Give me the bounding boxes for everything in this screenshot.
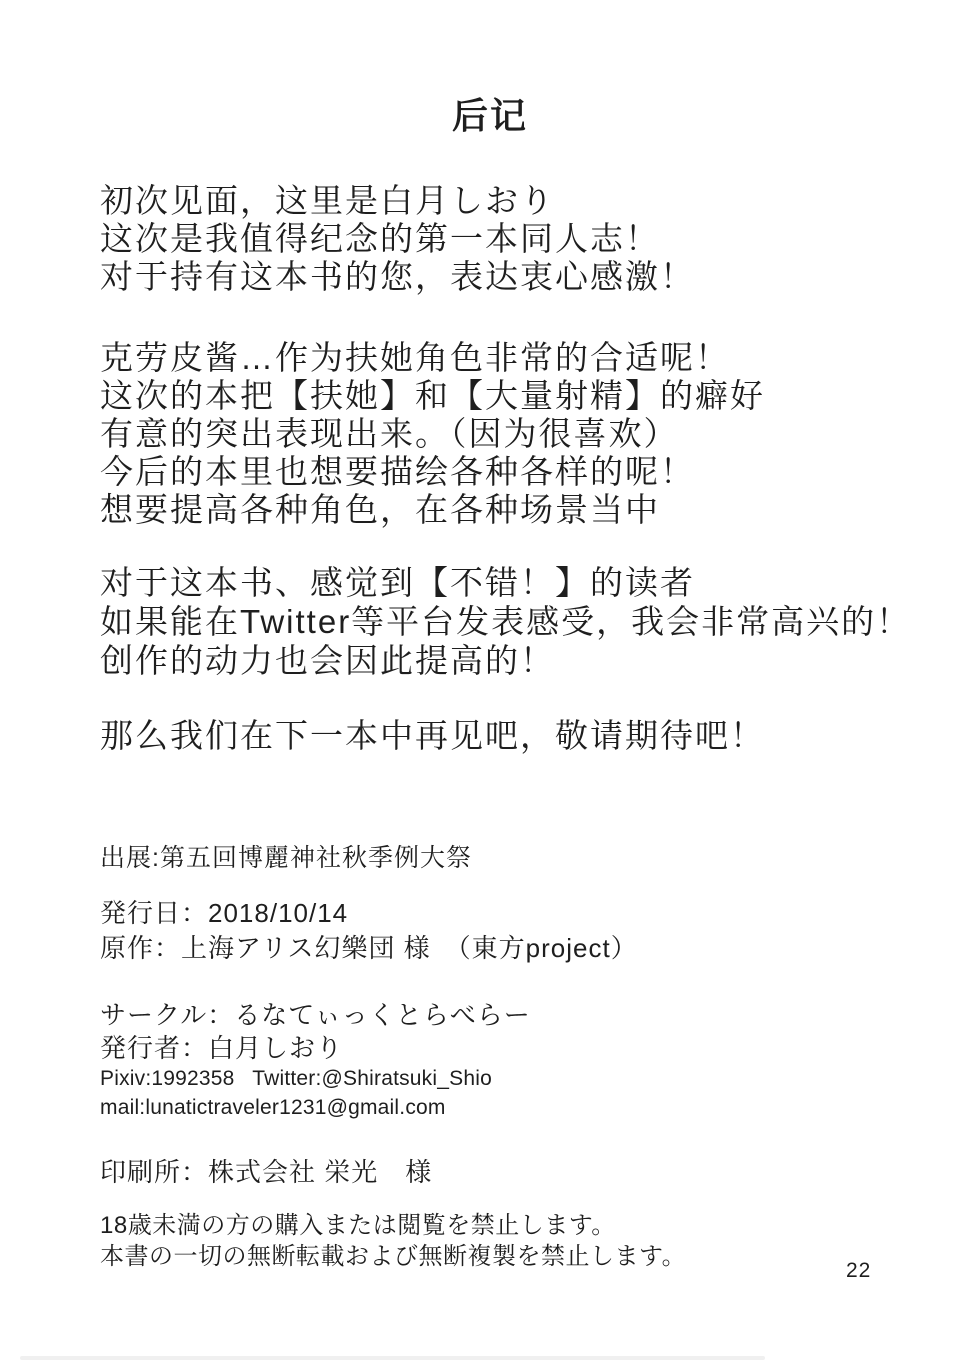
pixiv-twitter-ids: Pixiv:1992358 Twitter:@Shiratsuki_Shio	[100, 1064, 492, 1093]
publisher-name: 発行者：白月しおり	[100, 1032, 531, 1065]
feedback-paragraph: 对于这本书、感觉到【不错！】的读者 如果能在Twitter等平台发表感受，我会非…	[100, 563, 911, 680]
paragraph-line: 初次见面，这里是白月しおり	[100, 182, 695, 220]
publish-date: 発行日：2018/10/14	[100, 896, 638, 931]
circle-info: サークル：るなてぃっくとらべらー 発行者：白月しおり	[100, 999, 531, 1065]
greeting-paragraph: 初次见面，这里是白月しおり 这次是我值得纪念的第一本同人志！ 对于持有这本书的您…	[100, 182, 695, 296]
paragraph-line: 这次是我值得纪念的第一本同人志！	[100, 220, 695, 258]
contact-info: Pixiv:1992358 Twitter:@Shiratsuki_Shio m…	[100, 1064, 492, 1122]
paragraph-line: 想要提高各种角色，在各种场景当中	[100, 491, 765, 529]
circle-name: サークル：るなてぃっくとらべらー	[100, 999, 531, 1032]
paragraph-line: 这次的本把【扶她】和【大量射精】的癖好	[100, 377, 765, 415]
event-info: 出展:第五回博麗神社秋季例大祭	[100, 838, 472, 874]
paragraph-line: 今后的本里也想要描绘各种各样的呢！	[100, 453, 765, 491]
disclaimer: 18歳未満の方の購入または閲覧を禁止します。 本書の一切の無断転載および無断複製…	[100, 1210, 686, 1272]
printer-info: 印刷所：株式会社 栄光 様	[100, 1152, 432, 1189]
mail-address: mail:lunatictraveler1231@gmail.com	[100, 1093, 492, 1122]
page-title: 后记	[0, 88, 980, 139]
publication-info: 発行日：2018/10/14 原作：上海アリス幻樂団 様 （東方project）	[100, 896, 638, 966]
afterword-page: 后记 初次见面，这里是白月しおり 这次是我值得纪念的第一本同人志！ 对于持有这本…	[0, 0, 980, 1363]
paragraph-line: 对于持有这本书的您，表达衷心感激！	[100, 258, 695, 296]
paragraph-line: 对于这本书、感觉到【不错！】的读者	[100, 563, 911, 602]
original-work: 原作：上海アリス幻樂団 様 （東方project）	[100, 931, 638, 966]
paragraph-line: 克劳皮酱…作为扶她角色非常的合适呢！	[100, 339, 765, 377]
page-number: 22	[846, 1259, 871, 1283]
closing-paragraph: 那么我们在下一本中再见吧，敬请期待吧！	[100, 717, 765, 755]
disclaimer-line: 本書の一切の無断転載および無断複製を禁止します。	[100, 1241, 686, 1272]
paragraph-line: 那么我们在下一本中再见吧，敬请期待吧！	[100, 717, 765, 755]
paragraph-line: 有意的突出表现出来。（因为很喜欢）	[100, 415, 765, 453]
scan-edge-artifact	[20, 1356, 765, 1360]
character-paragraph: 克劳皮酱…作为扶她角色非常的合适呢！ 这次的本把【扶她】和【大量射精】的癖好 有…	[100, 339, 765, 529]
paragraph-line: 创作的动力也会因此提高的！	[100, 641, 911, 680]
paragraph-line: 如果能在Twitter等平台发表感受，我会非常高兴的！	[100, 602, 911, 641]
disclaimer-line: 18歳未満の方の購入または閲覧を禁止します。	[100, 1210, 686, 1241]
